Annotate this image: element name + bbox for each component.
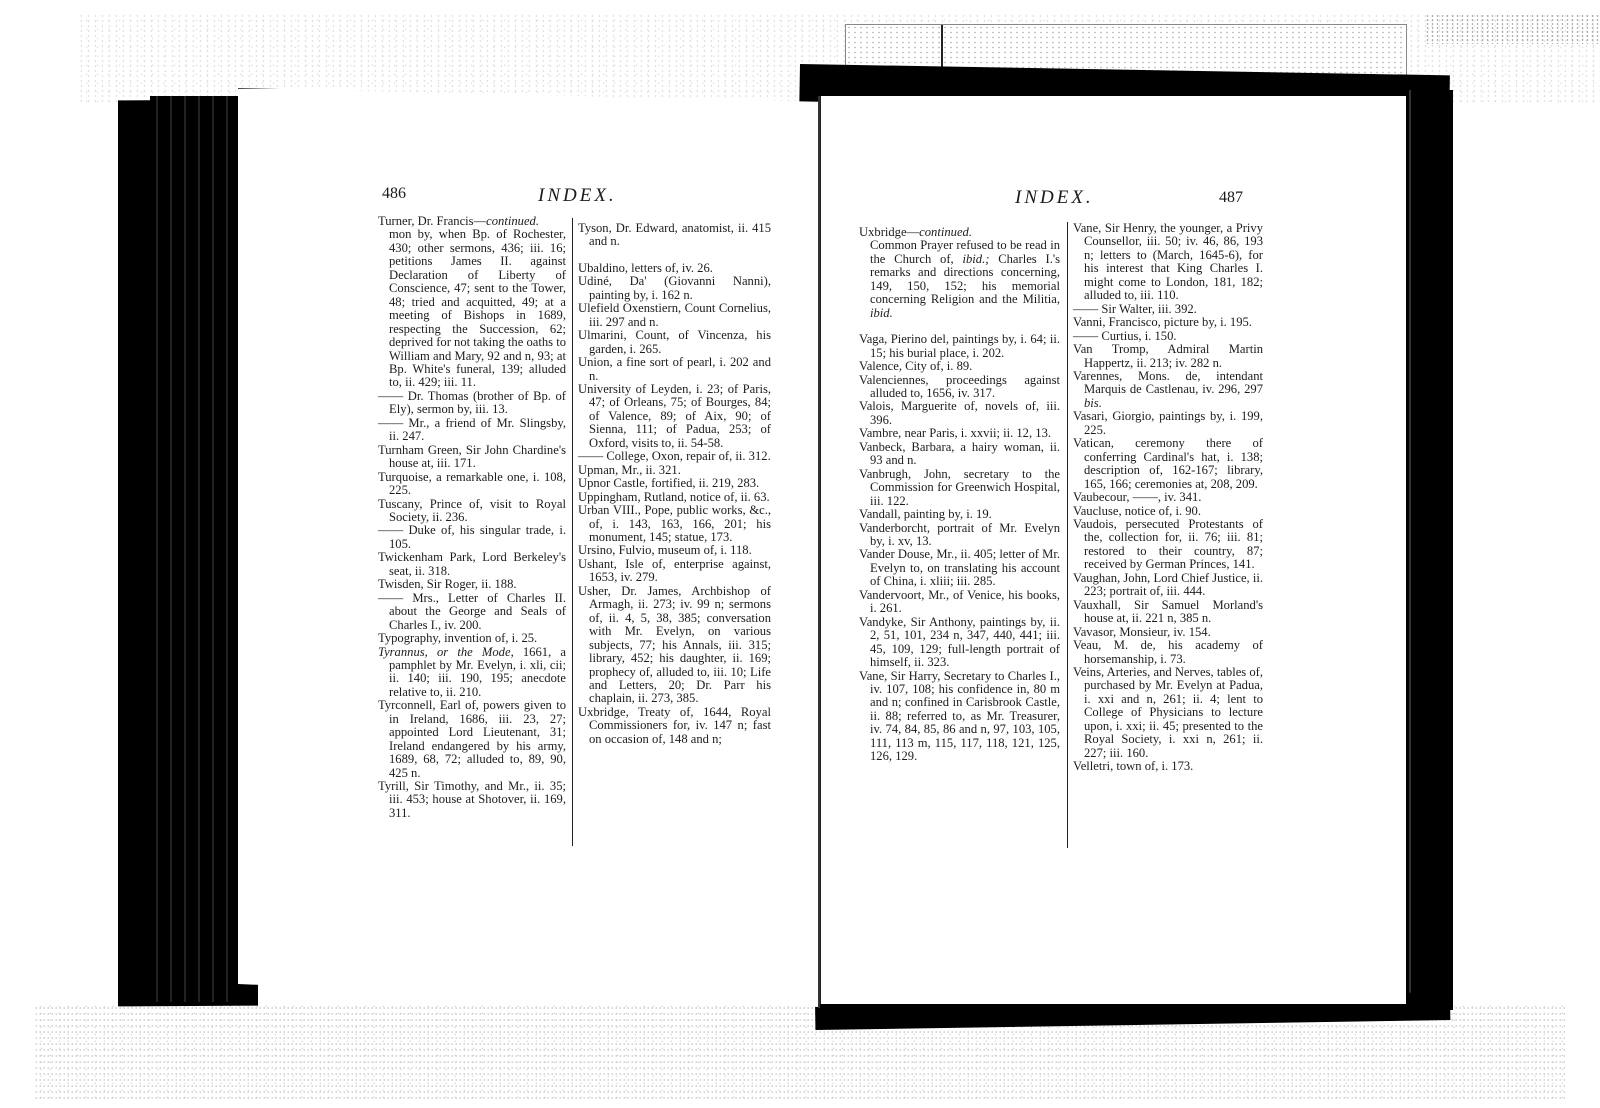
index-entry: Vasari, Giorgio, paintings by, i. 199, 2… [1073,410,1263,437]
index-entry: Varennes, Mons. de, intendant Marquis de… [1073,370,1263,410]
left-page-column-1: Turner, Dr. Francis—continued.mon by, wh… [378,215,566,820]
index-entry: Valence, City of, i. 89. [859,360,1060,373]
index-entry: Ushant, Isle of, enterprise against, 165… [578,558,771,585]
index-entry: Vavasor, Monsieur, iv. 154. [1073,626,1263,639]
index-entry: —— Mrs., Letter of Charles II. about the… [378,592,566,632]
index-entry: Upnor Castle, fortified, ii. 219, 283. [578,477,771,490]
index-entry: Vaughan, John, Lord Chief Justice, ii. 2… [1073,572,1263,599]
index-entry: Vandyke, Sir Anthony, paintings by, ii. … [859,616,1060,670]
index-entry: Vaucluse, notice of, i. 90. [1073,505,1263,518]
page-number: 486 [382,185,406,203]
index-entry: —— Duke of, his singular trade, i. 105. [378,524,566,551]
index-entry: Velletri, town of, i. 173. [1073,760,1263,773]
index-entry: Vander Douse, Mr., ii. 405; letter of Mr… [859,548,1060,588]
index-entry-continued-head: Turner, Dr. Francis—continued. [378,215,566,228]
index-entry: Tyrannus, or the Mode, 1661, a pamphlet … [378,646,566,700]
index-entry: Vauxhall, Sir Samuel Morland's house at,… [1073,599,1263,626]
index-entry: Udiné, Da' (Giovanni Nanni), painting by… [578,275,771,302]
index-entry: Veins, Arteries, and Nerves, tables of, … [1073,666,1263,760]
index-entry: Tuscany, Prince of, visit to Royal Socie… [378,498,566,525]
index-entry: Vanbeck, Barbara, a hairy woman, ii. 93 … [859,441,1060,468]
scan-margin-noise [1425,14,1600,44]
index-entry: Ubaldino, letters of, iv. 26. [578,262,771,275]
index-entry: University of Leyden, i. 23; of Paris, 4… [578,383,771,450]
running-head-title: INDEX. [538,185,617,207]
index-entry: Twickenham Park, Lord Berkeley's seat, i… [378,551,566,578]
index-entry: Union, a fine sort of pearl, i. 202 and … [578,356,771,383]
page-number: 487 [1219,189,1243,207]
index-entry: Ursino, Fulvio, museum of, i. 118. [578,544,771,557]
right-page-column-1: Uxbridge—continued.Common Prayer refused… [859,226,1060,764]
index-entry: Tyrill, Sir Timothy, and Mr., ii. 35; ii… [378,780,566,820]
index-entry: —— Curtius, i. 150. [1073,330,1263,343]
index-entry: Urban VIII., Pope, public works, &c., of… [578,504,771,544]
index-entry: Twisden, Sir Roger, ii. 188. [378,578,566,591]
index-entry: Vane, Sir Harry, Secretary to Charles I.… [859,670,1060,764]
index-entry: Tyson, Dr. Edward, anatomist, ii. 415 an… [578,222,771,249]
right-page-column-2: Vane, Sir Henry, the younger, a Privy Co… [1073,222,1263,774]
book-gutter [818,96,820,1008]
index-entry: Uppingham, Rutland, notice of, ii. 63. [578,491,771,504]
index-entry: Valois, Marguerite of, novels of, iii. 3… [859,400,1060,427]
index-entry: —— College, Oxon, repair of, ii. 312. [578,450,771,463]
index-entry: Vanni, Francisco, picture by, i. 195. [1073,316,1263,329]
book-page-stack-left [150,96,240,1002]
index-entry-continued-head: Uxbridge—continued. [859,226,1060,239]
index-entry: Tyrconnell, Earl of, powers given to in … [378,699,566,780]
index-entry: —— Mr., a friend of Mr. Slingsby, ii. 24… [378,417,566,444]
index-entry: Vaga, Pierino del, paintings by, i. 64; … [859,333,1060,360]
index-entry: Vaudois, persecuted Protestants of the, … [1073,518,1263,572]
index-entry: Common Prayer refused to be read in the … [859,239,1060,320]
column-rule [1067,222,1068,848]
index-entry: Van Tromp, Admiral Martin Happertz, ii. … [1073,343,1263,370]
index-entry: —— Sir Walter, iii. 392. [1073,303,1263,316]
index-entry: Vandall, painting by, i. 19. [859,508,1060,521]
index-entry: Vatican, ceremony there of conferring Ca… [1073,437,1263,491]
index-entry: Valenciennes, proceedings against allude… [859,374,1060,401]
index-entry: Vanderborcht, portrait of Mr. Evelyn by,… [859,522,1060,549]
index-entry: Vambre, near Paris, i. xxvii; ii. 12, 13… [859,427,1060,440]
index-entry: Typography, invention of, i. 25. [378,632,566,645]
index-entry: Vanbrugh, John, secretary to the Commiss… [859,468,1060,508]
index-entry: mon by, when Bp. of Rochester, 430; othe… [378,228,566,389]
index-entry: Ulmarini, Count, of Vincenza, his garden… [578,329,771,356]
index-entry: Vane, Sir Henry, the younger, a Privy Co… [1073,222,1263,303]
index-entry: Usher, Dr. James, Archbishop of Armagh, … [578,585,771,706]
index-entry: —— Dr. Thomas (brother of Bp. of Ely), s… [378,390,566,417]
index-entry: Vandervoort, Mr., of Venice, his books, … [859,589,1060,616]
column-rule [572,218,573,846]
index-entry: Vaubecour, ——, iv. 341. [1073,491,1263,504]
index-entry: Upman, Mr., ii. 321. [578,464,771,477]
left-page-column-2: Tyson, Dr. Edward, anatomist, ii. 415 an… [578,222,771,746]
index-entry: Veau, M. de, his academy of horsemanship… [1073,639,1263,666]
index-entry: Uxbridge, Treaty of, 1644, Royal Commiss… [578,706,771,746]
index-entry: Turquoise, a remarkable one, i. 108, 225… [378,471,566,498]
index-entry: Turnham Green, Sir John Chardine's house… [378,444,566,471]
running-head-title: INDEX. [1015,187,1094,209]
index-entry: Ulefield Oxenstiern, Count Cornelius, ii… [578,302,771,329]
